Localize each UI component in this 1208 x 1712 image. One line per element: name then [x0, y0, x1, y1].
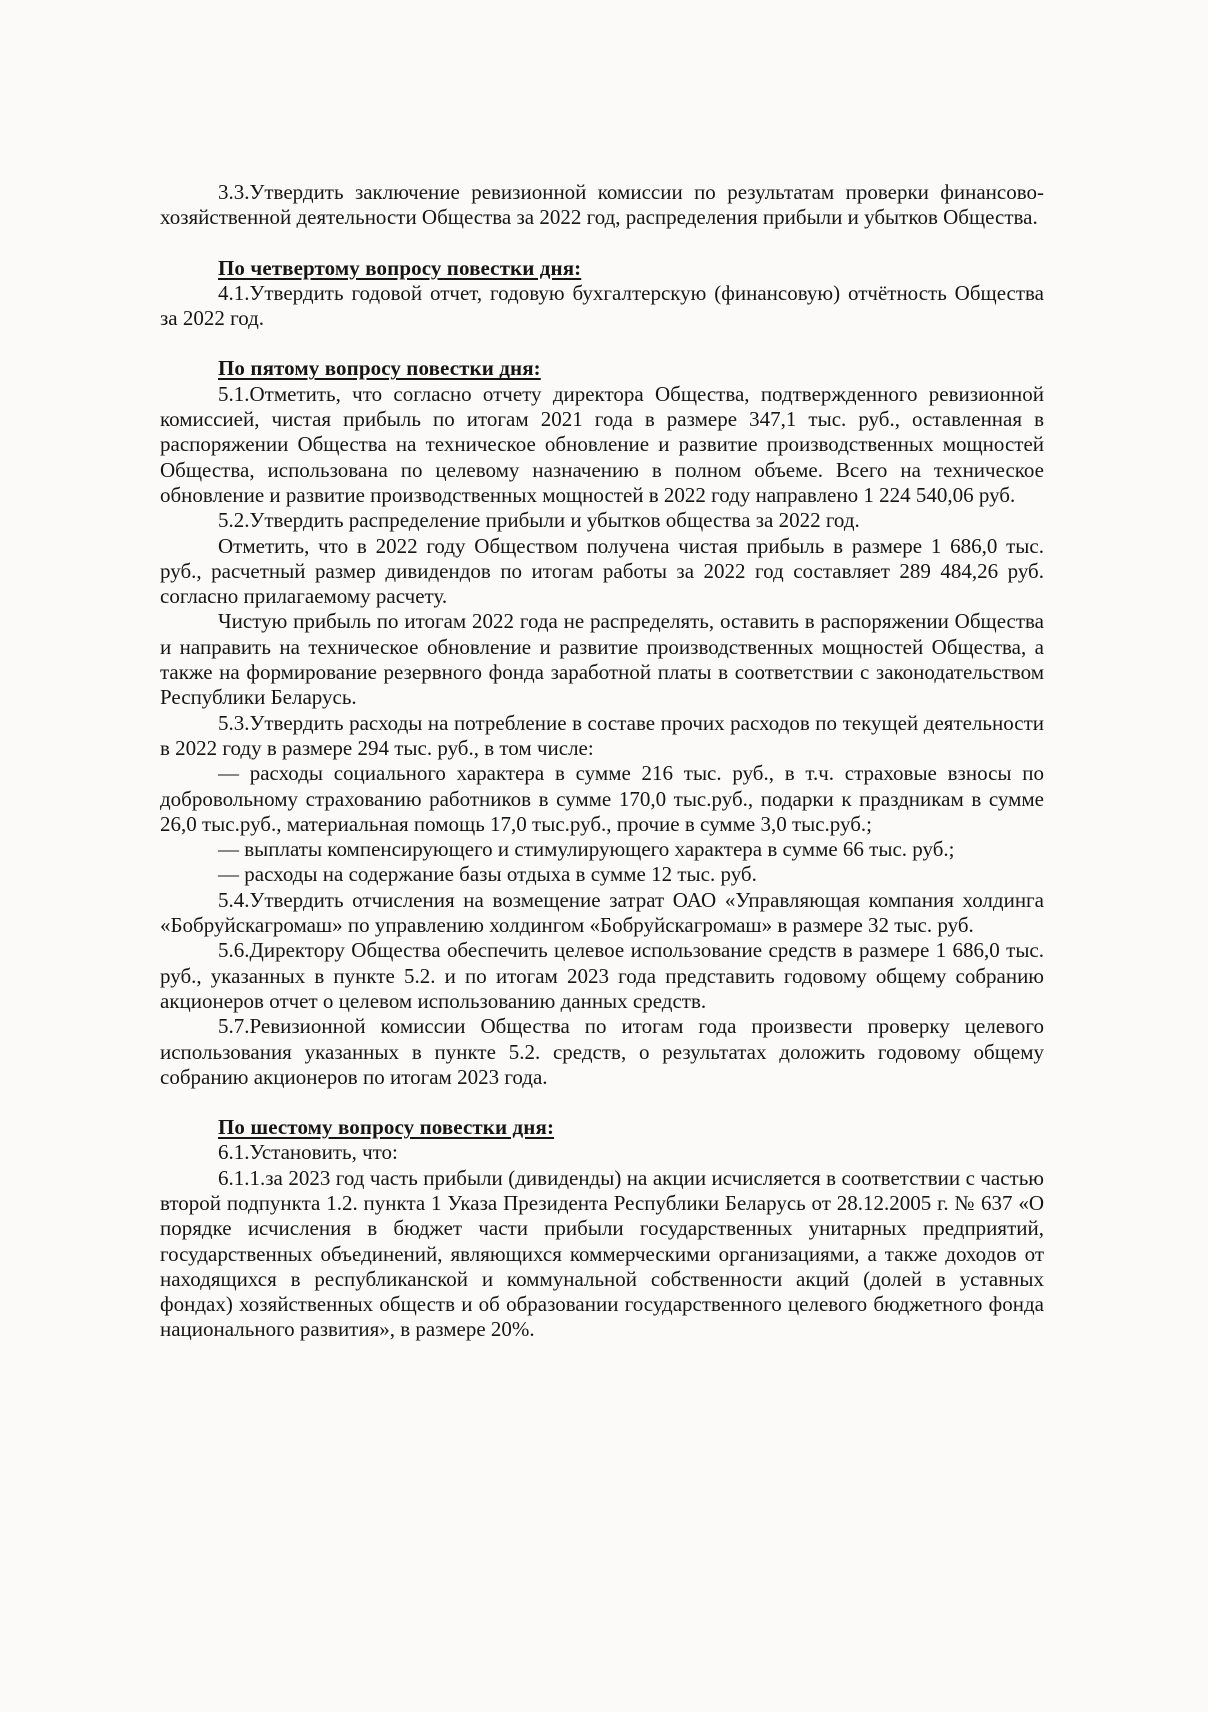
spacer — [160, 231, 1044, 256]
paragraph-3-3: 3.3.Утвердить заключение ревизионной ком… — [160, 180, 1044, 231]
paragraph-5-4: 5.4.Утвердить отчисления на возмещение з… — [160, 888, 1044, 939]
list-item-recreation-base: — расходы на содержание базы отдыха в су… — [160, 862, 1044, 887]
paragraph-5-6: 5.6.Директору Общества обеспечить целево… — [160, 938, 1044, 1014]
list-item-compensation-payments: — выплаты компенсирующего и стимулирующе… — [160, 837, 1044, 862]
list-item-social-expenses: — расходы социального характера в сумме … — [160, 761, 1044, 837]
paragraph-5-3: 5.3.Утвердить расходы на потребление в с… — [160, 711, 1044, 762]
paragraph-6-1: 6.1.Установить, что: — [160, 1140, 1044, 1165]
paragraph-5-2: 5.2.Утвердить распределение прибыли и уб… — [160, 508, 1044, 533]
paragraph-6-1-1: 6.1.1.за 2023 год часть прибыли (дивиден… — [160, 1166, 1044, 1343]
paragraph-4-1: 4.1.Утвердить годовой отчет, годовую бух… — [160, 281, 1044, 332]
paragraph-5-7: 5.7.Ревизионной комиссии Общества по ито… — [160, 1014, 1044, 1090]
spacer — [160, 1090, 1044, 1115]
section-heading-question-6: По шестому вопросу повестки дня: — [160, 1115, 1044, 1140]
spacer — [160, 331, 1044, 356]
section-heading-question-5: По пятому вопросу повестки дня: — [160, 356, 1044, 381]
paragraph-5-1: 5.1.Отметить, что согласно отчету директ… — [160, 382, 1044, 508]
section-heading-question-4: По четвертому вопросу повестки дня: — [160, 256, 1044, 281]
document-page: 3.3.Утвердить заключение ревизионной ком… — [160, 180, 1044, 1343]
paragraph-5-2-no-distribution: Чистую прибыль по итогам 2022 года не ра… — [160, 609, 1044, 710]
paragraph-5-2-net-profit: Отметить, что в 2022 году Обществом полу… — [160, 534, 1044, 610]
